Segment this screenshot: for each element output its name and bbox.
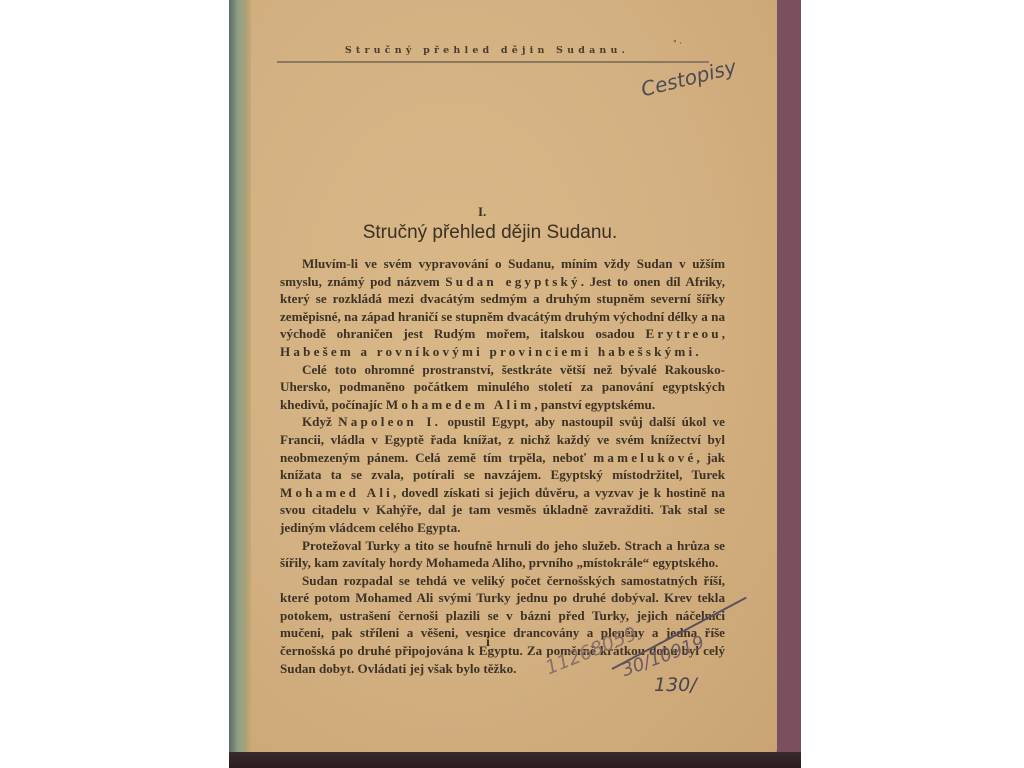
paragraph: Když Napoleon I. opustil Egypt, aby nast… [280, 413, 725, 536]
running-head: Stručný přehled dějin Sudanu. [282, 45, 692, 56]
body-text: Mluvím-li ve svém vypravování o Sudanu, … [280, 255, 725, 677]
spaced-emphasis: mamelukové [593, 450, 696, 465]
running-head-marks: " · [673, 39, 682, 48]
chapter-title: Stručný přehled dějin Sudanu. [250, 222, 730, 244]
spaced-emphasis: Mohamedem Alim [386, 397, 534, 412]
header-rule [277, 61, 709, 63]
paragraph: Protežoval Turky a tito se houfně hrnuli… [280, 537, 725, 572]
spaced-emphasis: Sudan egyptský [445, 274, 581, 289]
spaced-emphasis: Erytreou [645, 326, 721, 341]
spaced-emphasis: Mohamed Ali [280, 485, 393, 500]
page-folio: i [486, 635, 490, 651]
book-spine-edge [229, 0, 251, 754]
handwritten-shelf-number: 130/ [654, 674, 697, 696]
paragraph: Celé toto ohromné prostranství, šestkrát… [280, 361, 725, 414]
book-bottom-edge [229, 752, 801, 768]
spaced-emphasis: Habešem a rovníkovými provinciemi habešs… [280, 344, 695, 359]
paragraph: Mluvím-li ve svém vypravování o Sudanu, … [280, 255, 725, 361]
spaced-emphasis: Napoleon I. [338, 414, 441, 429]
chapter-number: I. [478, 204, 486, 220]
